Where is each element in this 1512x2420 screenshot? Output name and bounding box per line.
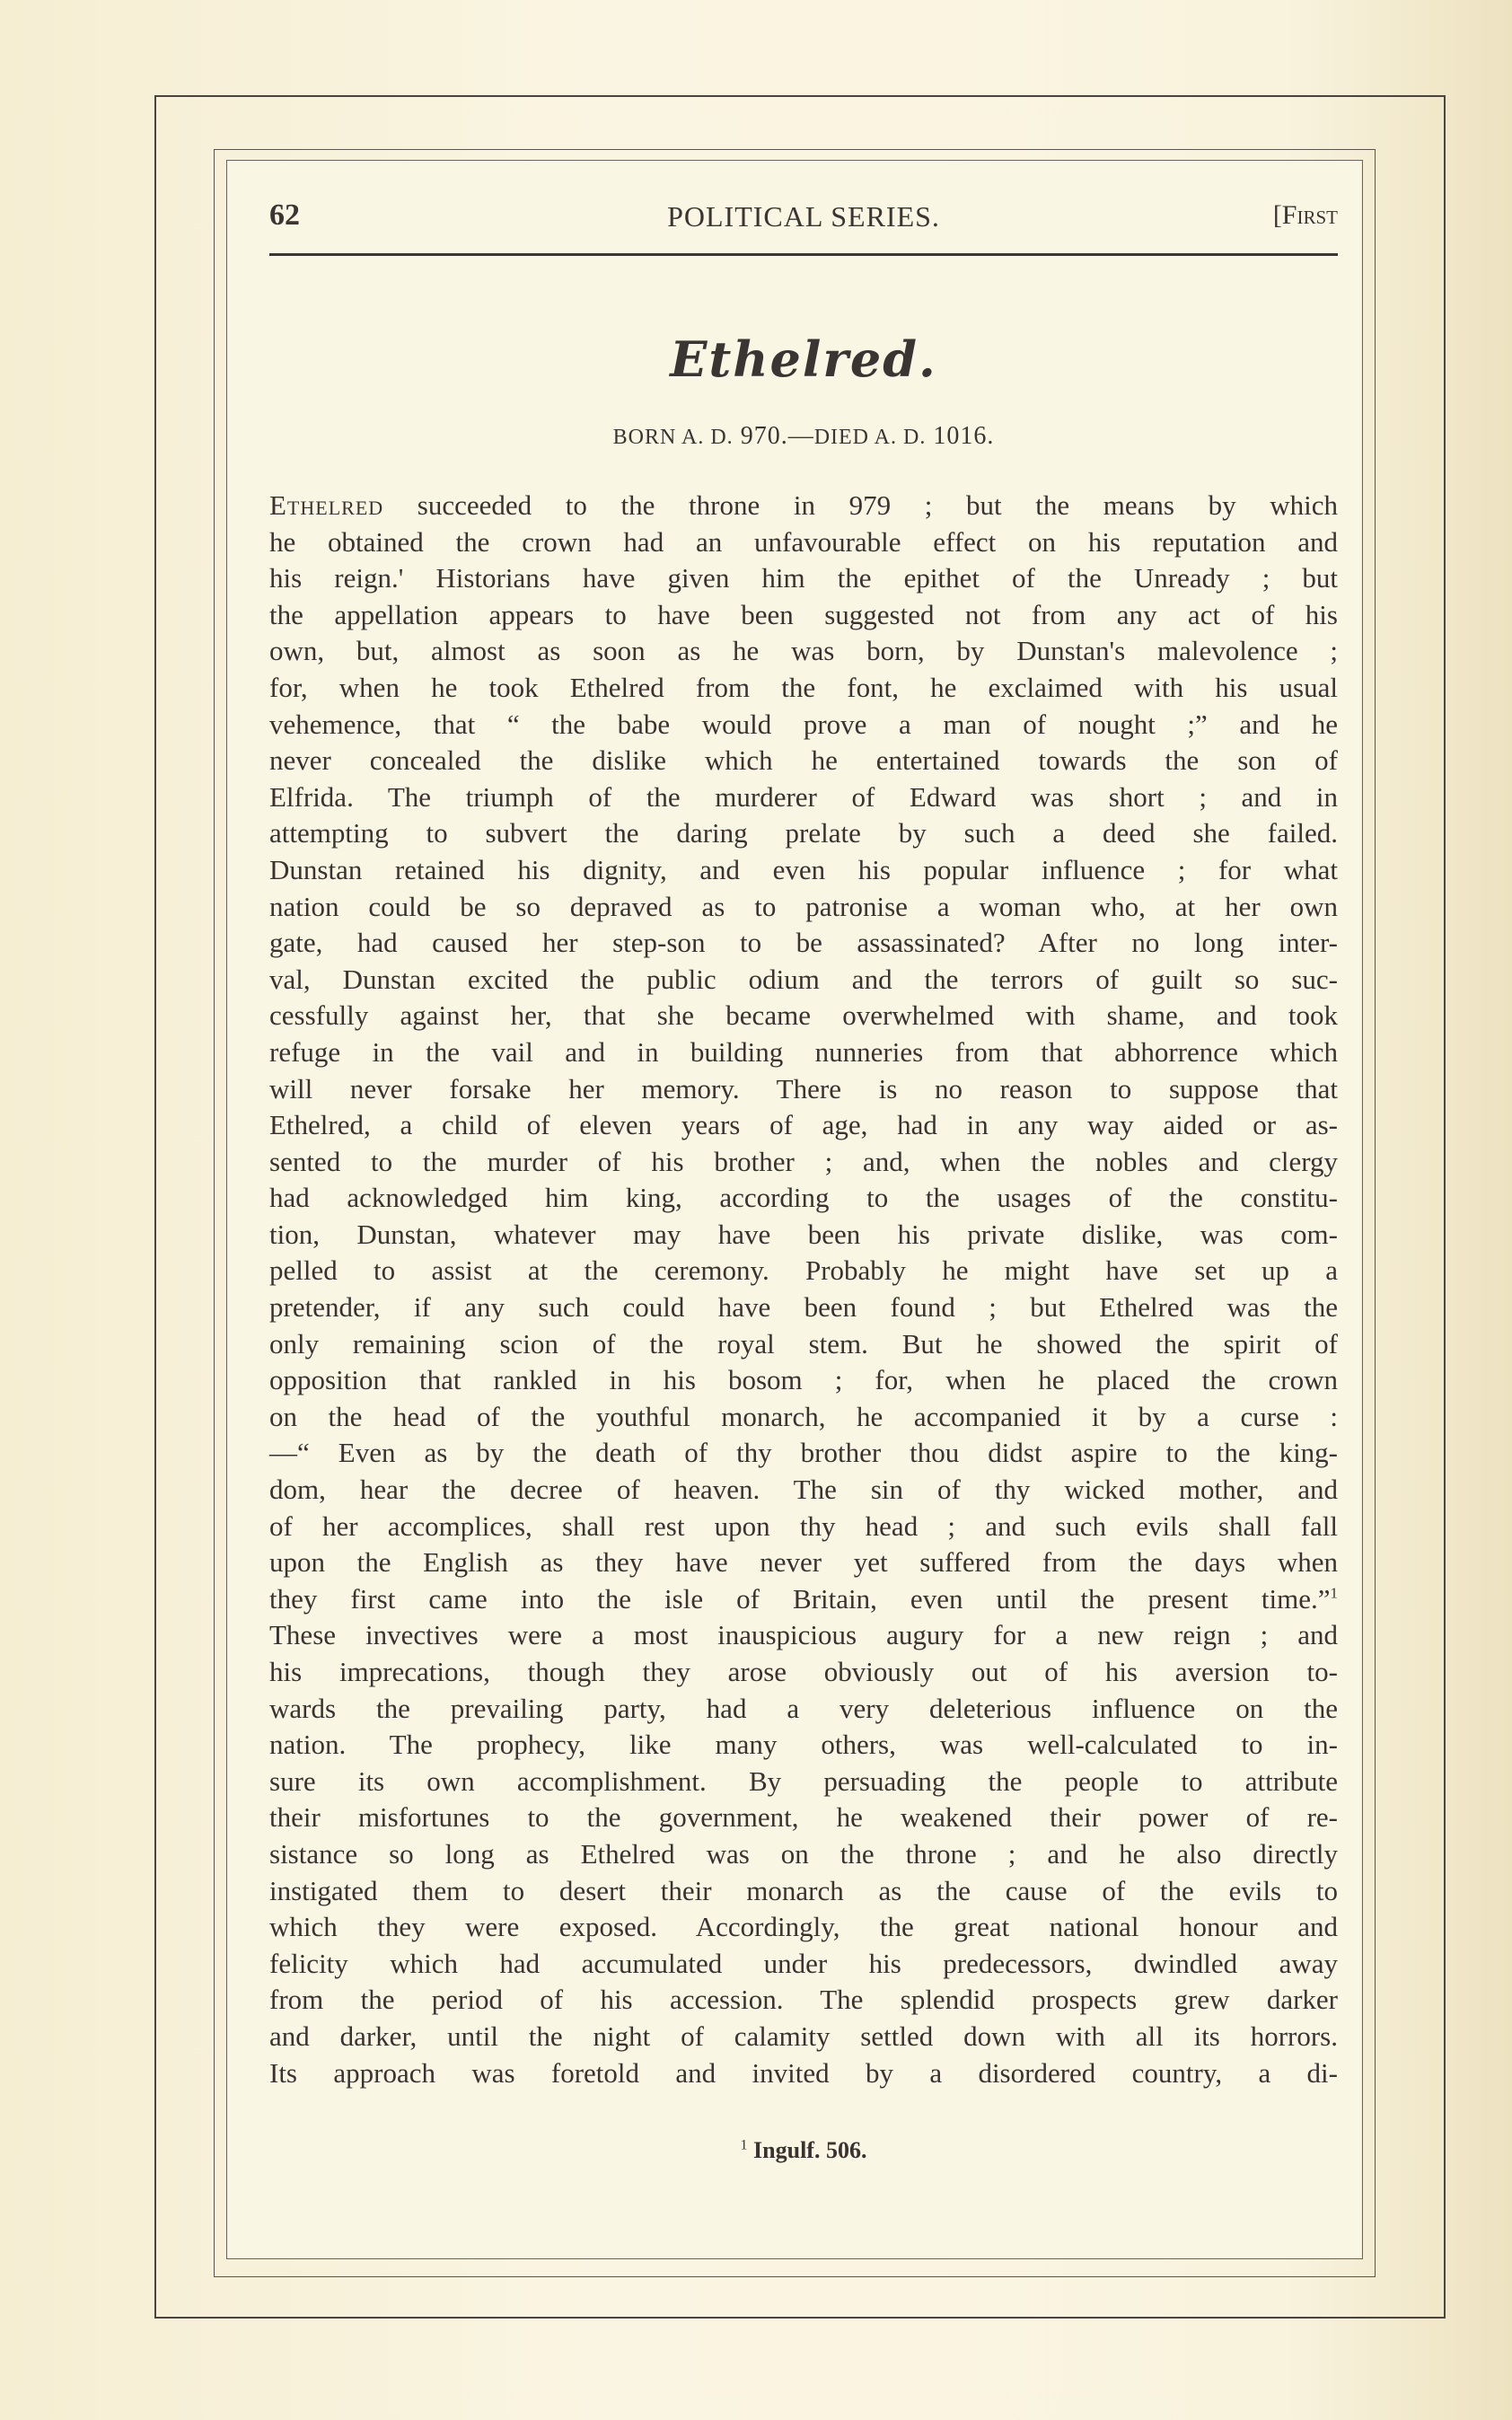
footnote-reference: 1: [1331, 1584, 1339, 1601]
text-line: their misfortunes to the government, he …: [269, 1800, 1338, 1836]
text-line: will never forsake her memory. There is …: [269, 1071, 1338, 1108]
date-separator: —: [788, 422, 814, 450]
text-line: pretender, if any such could have been f…: [269, 1289, 1338, 1326]
body-text: Ethelred succeeded to the throne in 979 …: [269, 488, 1338, 2091]
text-line: from the period of his accession. The sp…: [269, 1982, 1338, 2019]
text-line: dom, hear the decree of heaven. The sin …: [269, 1472, 1338, 1509]
running-head: 62 POLITICAL SERIES. [First: [269, 193, 1338, 238]
text-line: which they were exposed. Accordingly, th…: [269, 1909, 1338, 1946]
text-line: sure its own accomplishment. By persuadi…: [269, 1764, 1338, 1800]
footnote-text: Ingulf. 506.: [748, 2137, 867, 2163]
text-line: sented to the murder of his brother ; an…: [269, 1144, 1338, 1181]
text-line: they first came into the isle of Britain…: [269, 1581, 1338, 1618]
text-line: felicity which had accumulated under his…: [269, 1946, 1338, 1983]
text-line: his imprecations, though they arose obvi…: [269, 1654, 1338, 1691]
born-year: 970.: [741, 422, 788, 450]
header-rule: [269, 253, 1338, 256]
text-line: refuge in the vail and in building nunne…: [269, 1034, 1338, 1071]
text-line: own, but, almost as soon as he was born,…: [269, 633, 1338, 670]
text-line: pelled to assist at the ceremony. Probab…: [269, 1253, 1338, 1289]
section-marker: [First: [1273, 200, 1338, 231]
footnote-marker: 1: [741, 2137, 748, 2152]
text-line: vehemence, that “ the babe would prove a…: [269, 707, 1338, 744]
born-label: BORN A. D.: [613, 426, 734, 449]
chapter-title: Ethelred.: [269, 330, 1338, 388]
text-line: for, when he took Ethelred from the font…: [269, 670, 1338, 707]
footnote: 1 Ingulf. 506.: [269, 2137, 1338, 2164]
text-line: sistance so long as Ethelred was on the …: [269, 1836, 1338, 1873]
text-line: had acknowledged him king, according to …: [269, 1180, 1338, 1217]
text-line: the appellation appears to have been sug…: [269, 597, 1338, 634]
text-line: only remaining scion of the royal stem. …: [269, 1326, 1338, 1363]
text-line: Elfrida. The triumph of the murderer of …: [269, 779, 1338, 816]
lead-word: Ethelred: [269, 489, 383, 521]
text-line: Its approach was foretold and invited by…: [269, 2055, 1338, 2092]
text-line: on the head of the youthful monarch, he …: [269, 1399, 1338, 1436]
died-year: 1016.: [933, 422, 994, 450]
text-line: of her accomplices, shall rest upon thy …: [269, 1509, 1338, 1545]
text-line: opposition that rankled in his bosom ; f…: [269, 1362, 1338, 1399]
text-line: Ethelred, a child of eleven years of age…: [269, 1107, 1338, 1144]
text-line: his reign.' Historians have given him th…: [269, 560, 1338, 597]
died-label: DIED A. D.: [814, 426, 927, 449]
text-line: instigated them to desert their monarch …: [269, 1873, 1338, 1910]
text-line: and darker, until the night of calamity …: [269, 2019, 1338, 2055]
text-line: he obtained the crown had an unfavourabl…: [269, 524, 1338, 561]
running-title: POLITICAL SERIES.: [269, 200, 1338, 233]
text-line: wards the prevailing party, had a very d…: [269, 1691, 1338, 1728]
text-line: never concealed the dislike which he ent…: [269, 743, 1338, 779]
text-line: —“ Even as by the death of thy brother t…: [269, 1435, 1338, 1472]
chapter-dates: BORN A. D. 970.—DIED A. D. 1016.: [269, 422, 1338, 451]
text-line: attempting to subvert the daring prelate…: [269, 815, 1338, 852]
text-line: cessfully against her, that she became o…: [269, 998, 1338, 1034]
text-line: nation. The prophecy, like many others, …: [269, 1727, 1338, 1764]
text-line: nation could be so depraved as to patron…: [269, 889, 1338, 926]
text-line: Dunstan retained his dignity, and even h…: [269, 852, 1338, 889]
text-line: gate, had caused her step-son to be assa…: [269, 925, 1338, 962]
text-line: These invectives were a most inauspiciou…: [269, 1617, 1338, 1654]
text-line: val, Dunstan excited the public odium an…: [269, 962, 1338, 999]
text-line: Ethelred succeeded to the throne in 979 …: [269, 488, 1338, 524]
text-line: tion, Dunstan, whatever may have been hi…: [269, 1217, 1338, 1254]
text-line: upon the English as they have never yet …: [269, 1544, 1338, 1581]
